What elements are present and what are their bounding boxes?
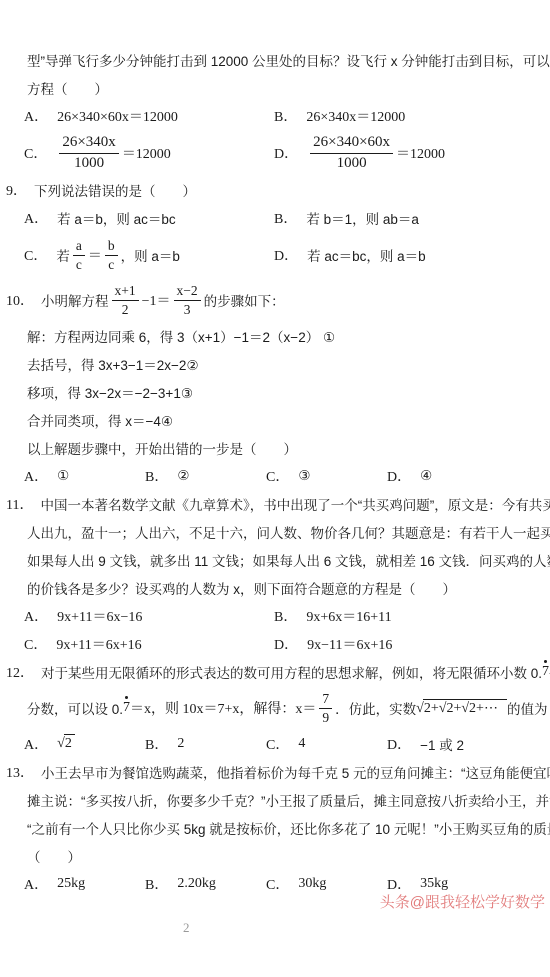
q11-line3-text: 如果每人出 9 文钱，就多出 11 文钱；如果每人出 6 文钱，就相差 16 文… [27, 550, 550, 570]
q8-option-a: A． 26×340×60x＝12000 [24, 106, 274, 126]
q9-options-row-ab: A． 若 a＝b，则 ac＝bc B． 若 b＝1，则 ab＝a [0, 204, 550, 232]
q11-option-b: B． 9x+6x＝16+11 [274, 606, 524, 626]
option-text: 30kg [298, 876, 326, 892]
q12-option-d: D． −1 或 2 [387, 734, 508, 754]
option-text: 2.20kg [177, 876, 216, 892]
q12-options-row: A． √2 B． 2 C． 4 D． −1 或 2 [0, 730, 550, 758]
q10-option-b: B． ② [145, 466, 266, 486]
q11-option-c: C． 9x+11＝6x+16 [24, 634, 274, 654]
repeating-decimal-digit: 7 [542, 664, 549, 680]
q11-text-line1: 11． 中国一本著名数学文献《九章算术》，书中出现了一个“共买鸡问题”，原文是：… [0, 490, 550, 518]
option-expression: 26×340×60x＝12000 [57, 106, 178, 126]
option-expression: 9x+11＝6x−16 [57, 606, 142, 626]
q9-title-line: 9． 下列说法错误的是（ ） [0, 176, 550, 204]
option-label: A． [24, 606, 48, 626]
option-label: A． [24, 208, 48, 228]
question-number: 10． [6, 290, 34, 310]
q10-step-2: 去括号，得 3x+3−1＝2x−2② [0, 350, 550, 378]
q12-line2-text-mid: ．仿此，实数 [335, 698, 416, 718]
option-expression: 26×340x＝12000 [306, 106, 405, 126]
option-text: 4 [298, 736, 305, 752]
step-text: 去括号，得 3x+3−1＝2x−2② [27, 354, 199, 374]
option-label: B． [274, 606, 297, 626]
fraction: 79 [319, 691, 332, 725]
q8-option-b: B． 26×340x＝12000 [274, 106, 524, 126]
q9-option-c: C． 若 ac ＝ bc ，则 a＝b [24, 238, 274, 272]
question-number: 11． [6, 494, 33, 514]
q12-text-line1: 12． 对于某些用无限循环的形式表达的数可用方程的思想求解，例如，将无限循环小数… [0, 658, 550, 686]
question-number: 12． [6, 662, 34, 682]
q10-option-c: C． ③ [266, 466, 387, 486]
option-expression: 9x+6x＝16+11 [306, 606, 391, 626]
option-label: C． [24, 245, 47, 265]
fraction: bc [105, 238, 118, 272]
q12-text-line2: 分数，可以设 0. 7 ＝x，则 10x＝7+x，解得：x＝ 79 ．仿此，实数… [0, 686, 550, 730]
q13-line4-text: （ ） [27, 846, 81, 866]
option-label: D． [274, 143, 298, 163]
option-expression: ＝12000 [122, 143, 171, 163]
q11-text-line2: 人出九，盈十一；人出六，不足十六，问人数、物价各几何？其题意是：有若干人一起买鸡… [0, 518, 550, 546]
q11-options-row-cd: C． 9x+11＝6x+16 D． 9x−11＝6x+16 [0, 630, 550, 658]
option-label: B． [145, 734, 168, 754]
fraction: 26×340x1000 [59, 134, 118, 172]
fraction: x−23 [174, 283, 201, 317]
option-label: C． [24, 143, 47, 163]
q10-title-pre: 小明解方程 [41, 290, 109, 310]
q11-options-row-ab: A． 9x+11＝6x−16 B． 9x+6x＝16+11 [0, 602, 550, 630]
option-text: 若 a＝b，则 ac＝bc [57, 208, 176, 228]
q12-line2-text: 分数，可以设 0. [27, 698, 123, 718]
q11-line1-text: 中国一本著名数学文献《九章算术》，书中出现了一个“共买鸡问题”，原文是：今有共买… [40, 494, 550, 514]
q13-text-line3: “之前有一个人只比你少买 5kg 就是按标价，还比你多花了 10 元呢！”小王购… [0, 814, 550, 842]
q8-option-d: D． 26×340×60x1000 ＝12000 [274, 134, 524, 172]
question-number: 9． [6, 180, 27, 200]
exam-paper-page: 型”导弹飞行多少分钟能打击到 12000 公里处的目标？设飞行 x 分钟能打击到… [0, 0, 550, 977]
option-label: C． [266, 874, 289, 894]
q12-line2-equation: ＝x，则 10x＝7+x，解得：x＝ [130, 698, 316, 718]
q9-option-b: B． 若 b＝1，则 ab＝a [274, 208, 524, 228]
option-label: B． [145, 466, 168, 486]
step-text: 移项，得 3x−2x＝−2−3+1③ [27, 382, 193, 402]
q11-line4-text: 的价钱各是多少？设买鸡的人数为 x，则下面符合题意的方程是（ ） [27, 578, 456, 598]
option-expression: 9x−11＝6x+16 [307, 634, 392, 654]
q8-text-line2: 方程（ ） [0, 74, 550, 102]
q12-line1-text: 对于某些用无限循环的形式表达的数可用方程的思想求解，例如，将无限循环小数 0. [41, 662, 542, 682]
option-text: ④ [420, 468, 432, 484]
option-expression: 9x+11＝6x+16 [56, 634, 141, 654]
option-label: B． [274, 106, 297, 126]
q11-option-d: D． 9x−11＝6x+16 [274, 634, 524, 654]
q10-title-post: 的步骤如下： [204, 290, 285, 310]
page-number: 2 [183, 920, 190, 936]
q8-text-line1: 型”导弹飞行多少分钟能打击到 12000 公里处的目标？设飞行 x 分钟能打击到… [0, 46, 550, 74]
equals-sign: ＝ [88, 245, 102, 265]
q10-option-d: D． ④ [387, 466, 508, 486]
fraction: x+12 [112, 283, 139, 317]
q10-step-3: 移项，得 3x−2x＝−2−3+1③ [0, 378, 550, 406]
option-text: ② [177, 468, 189, 484]
q11-text-line3: 如果每人出 9 文钱，就多出 11 文钱；如果每人出 6 文钱，就相差 16 文… [0, 546, 550, 574]
q10-step-5: 以上解题步骤中，开始出错的一步是（ ） [0, 434, 550, 462]
option-text: ① [57, 468, 69, 484]
q12-option-b: B． 2 [145, 734, 266, 754]
q9-options-row-cd: C． 若 ac ＝ bc ，则 a＝b D． 若 ac＝bc，则 a＝b [0, 232, 550, 278]
step-text: 以上解题步骤中，开始出错的一步是（ ） [27, 438, 297, 458]
q10-step-1: 解：方程两边同乘 6，得 3（x+1）−1＝2（x−2） ① [0, 322, 550, 350]
q9-title-text: 下列说法错误的是（ ） [34, 180, 196, 200]
q9-option-d: D． 若 ac＝bc，则 a＝b [274, 245, 524, 265]
q13-line2-text: 摊主说：“多买按八折，你要多少千克？”小王报了质量后，摊主同意按八折卖给小王，并… [27, 790, 550, 810]
option-text: −1 或 2 [420, 734, 464, 754]
option-text-post: ，则 a＝b [121, 245, 180, 265]
option-label: C． [24, 634, 47, 654]
option-text: ③ [298, 468, 310, 484]
q8-option-c: C． 26×340x1000 ＝12000 [24, 134, 274, 172]
q13-line1-text: 小王去早市为餐馆选购蔬菜，他指着标价为每千克 5 元的豆角问摊主：“这豆角能便宜… [41, 762, 550, 782]
q13-text-line1: 13． 小王去早市为餐馆选购蔬菜，他指着标价为每千克 5 元的豆角问摊主：“这豆… [0, 758, 550, 786]
q12-option-c: C． 4 [266, 734, 387, 754]
option-label: C． [266, 734, 289, 754]
q10-option-a: A． ① [24, 466, 145, 486]
option-text: 若 b＝1，则 ab＝a [306, 208, 419, 228]
option-label: D． [387, 466, 411, 486]
option-label: A． [24, 734, 48, 754]
option-label: A． [24, 106, 48, 126]
option-text: 35kg [420, 876, 448, 892]
q13-text-line2: 摊主说：“多买按八折，你要多少千克？”小王报了质量后，摊主同意按八折卖给小王，并… [0, 786, 550, 814]
q8-line2-text: 方程（ ） [27, 78, 108, 98]
q8-options-row-cd: C． 26×340x1000 ＝12000 D． 26×340×60x1000 … [0, 130, 550, 176]
q12-option-a: A． √2 [24, 734, 145, 754]
option-label: C． [266, 466, 289, 486]
question-number: 13． [6, 762, 34, 782]
q13-option-a: A． 25kg [24, 874, 145, 894]
q13-line3-text: “之前有一个人只比你少买 5kg 就是按标价，还比你多花了 10 元呢！”小王购… [27, 818, 550, 838]
repeating-decimal-digit: 7 [123, 700, 130, 716]
q10-options-row: A． ① B． ② C． ③ D． ④ [0, 462, 550, 490]
q13-option-b: B． 2.20kg [145, 874, 266, 894]
option-text: 25kg [57, 876, 85, 892]
option-text-pre: 若 [56, 245, 70, 265]
option-text: 2 [177, 736, 184, 752]
option-text: 若 ac＝bc，则 a＝b [307, 245, 426, 265]
q9-option-a: A． 若 a＝b，则 ac＝bc [24, 208, 274, 228]
q13-option-c: C． 30kg [266, 874, 387, 894]
option-label: D． [274, 245, 298, 265]
option-label: A． [24, 874, 48, 894]
q12-line2-text-end: 的值为（ ） [507, 698, 550, 718]
option-label: B． [274, 208, 297, 228]
step-text: 解：方程两边同乘 6，得 3（x+1）−1＝2（x−2） ① [27, 326, 335, 346]
q8-options-row-ab: A． 26×340×60x＝12000 B． 26×340x＝12000 [0, 102, 550, 130]
option-expression: ＝12000 [396, 143, 445, 163]
option-label: D． [387, 734, 411, 754]
q11-text-line4: 的价钱各是多少？设买鸡的人数为 x，则下面符合题意的方程是（ ） [0, 574, 550, 602]
step-text: 合并同类项，得 x＝−4④ [27, 410, 173, 430]
radical: √2 [57, 736, 75, 752]
q10-step-4: 合并同类项，得 x＝−4④ [0, 406, 550, 434]
q10-title-line: 10． 小明解方程 x+12 −1＝ x−23 的步骤如下： [0, 278, 550, 322]
option-label: D． [274, 634, 298, 654]
q8-line1-text: 型”导弹飞行多少分钟能打击到 12000 公里处的目标？设飞行 x 分钟能打击到… [27, 50, 550, 70]
watermark: 头条@跟我轻松学好数学 [380, 891, 545, 912]
q13-text-line4: （ ） [0, 842, 550, 870]
option-label: A． [24, 466, 48, 486]
q11-line2-text: 人出九，盈十一；人出六，不足十六，问人数、物价各几何？其题意是：有若干人一起买鸡… [27, 522, 550, 542]
q11-option-a: A． 9x+11＝6x−16 [24, 606, 274, 626]
option-label: B． [145, 874, 168, 894]
fraction: 26×340×60x1000 [310, 134, 393, 172]
fraction: ac [73, 238, 85, 272]
equation-middle: −1＝ [142, 290, 171, 310]
nested-radical: √2+√2+√2+⋯ [416, 700, 507, 717]
